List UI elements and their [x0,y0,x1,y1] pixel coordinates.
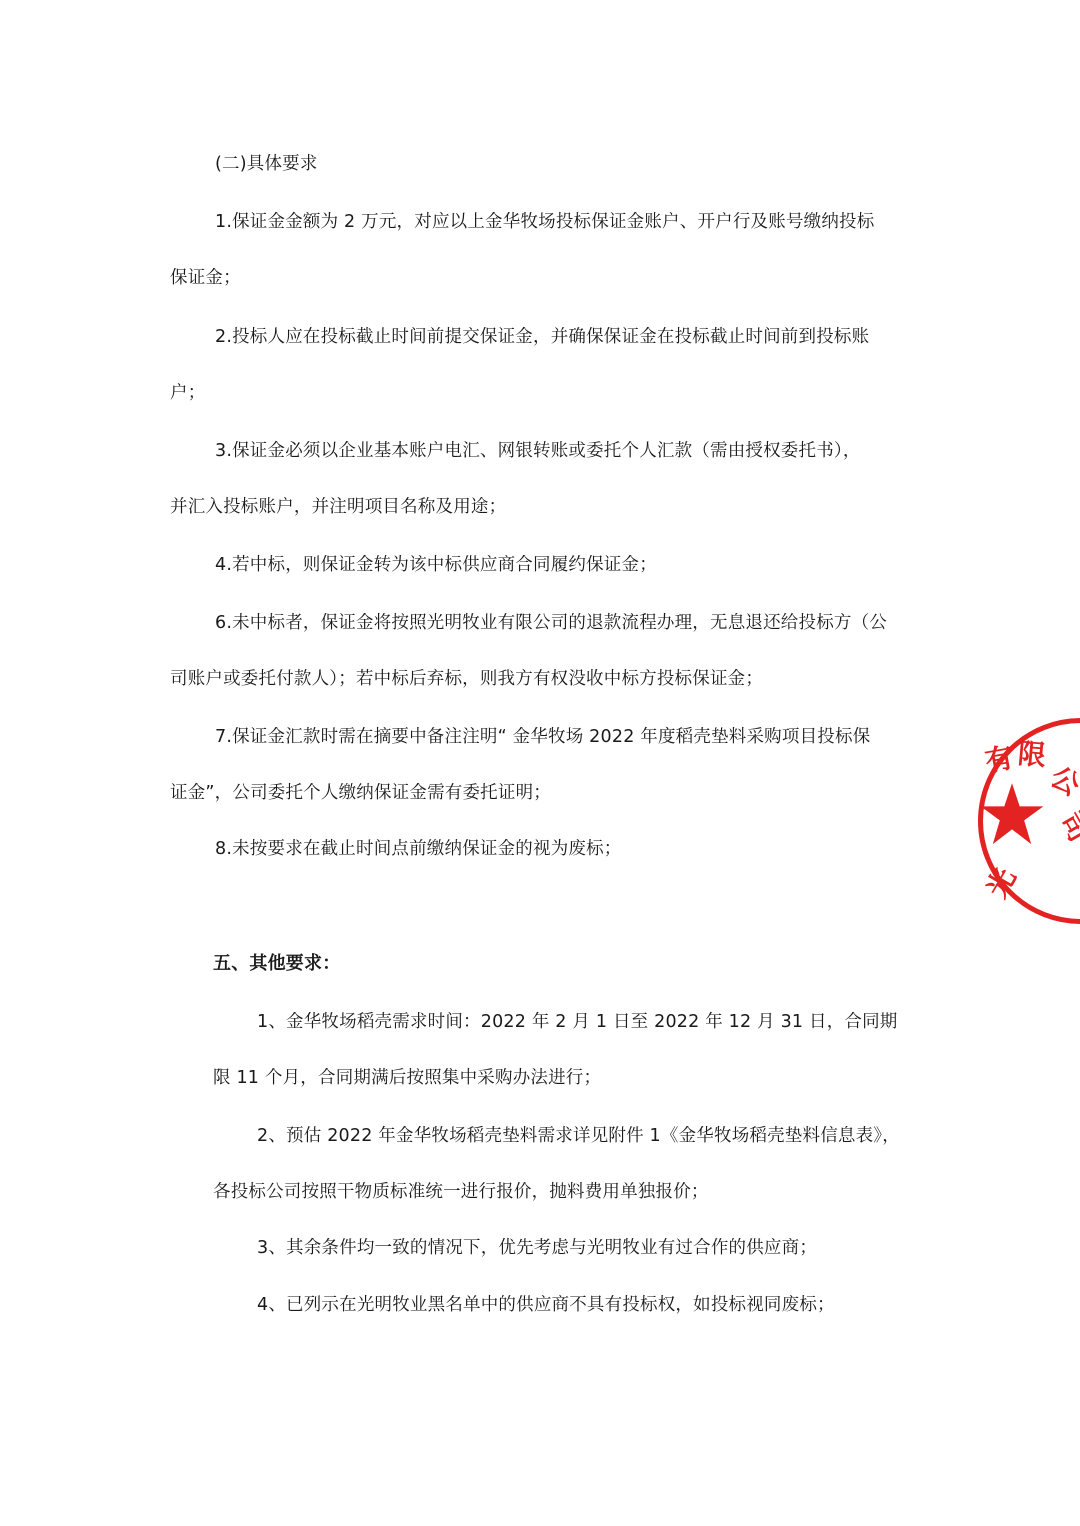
deposit-item-8: 8.未按要求在截止时间点前缴纳保证金的视为废标； [215,837,622,861]
other-item-4: 4、已列示在光明牧业黑名单中的供应商不具有投标权，如投标视同废标； [257,1293,835,1317]
other-item-2-line-1: 2、预估 2022 年金华牧场稻壳垫料需求详见附件 1《金华牧场稻壳垫料信息表》… [257,1124,900,1148]
deposit-item-1-line-2: 保证金； [170,266,241,290]
seal-char-1: 有 [982,736,1017,780]
star-icon [980,782,1044,846]
deposit-item-4: 4.若中标，则保证金转为该中标供应商合同履约保证金； [215,553,657,577]
other-item-3: 3、其余条件均一致的情况下，优先考虑与光明牧业有过合作的供应商； [257,1236,817,1260]
other-item-1-line-1: 1、金华牧场稻壳需求时间：2022 年 2 月 1 日至 2022 年 12 月… [257,1010,898,1034]
deposit-item-3-line-1: 3.保证金必须以企业基本账户电汇、网银转账或委托个人汇款（需由授权委托书）， [215,439,861,463]
deposit-item-2-line-2: 户； [170,381,205,405]
section-5-heading: 五、其他要求： [213,952,340,976]
deposit-item-7-line-1: 7.保证金汇款时需在摘要中备注注明“ 金华牧场 2022 年度稻壳垫料采购项目投… [215,725,870,749]
deposit-item-7-line-2: 证金”，公司委托个人缴纳保证金需有委托证明； [170,781,551,805]
deposit-item-2-line-1: 2.投标人应在投标截止时间前提交保证金，并确保保证金在投标截止时间前到投标账 [215,325,869,349]
document-page: (二)具体要求 1.保证金金额为 2 万元，对应以上金华牧场投标保证金账户、开户… [0,0,1080,1526]
seal-char-2: 限 [1016,732,1047,774]
deposit-item-6-line-2: 司账户或委托付款人）；若中标后弃标，则我方有权没收中标方投标保证金； [170,667,763,691]
other-item-1-line-2: 限 11 个月，合同期满后按照集中采购办法进行； [213,1066,601,1090]
deposit-item-6-line-1: 6.未中标者，保证金将按照光明牧业有限公司的退款流程办理，无息退还给投标方（公 [215,611,887,635]
deposit-item-3-line-2: 并汇入投标账户，并注明项目名称及用途； [170,495,506,519]
other-item-2-line-2: 各投标公司按照干物质标准统一进行报价，抛料费用单独报价； [213,1180,709,1204]
deposit-item-1-line-1: 1.保证金金额为 2 万元，对应以上金华牧场投标保证金账户、开户行及账号缴纳投标 [215,210,874,234]
subsection-title: (二)具体要求 [215,152,318,176]
